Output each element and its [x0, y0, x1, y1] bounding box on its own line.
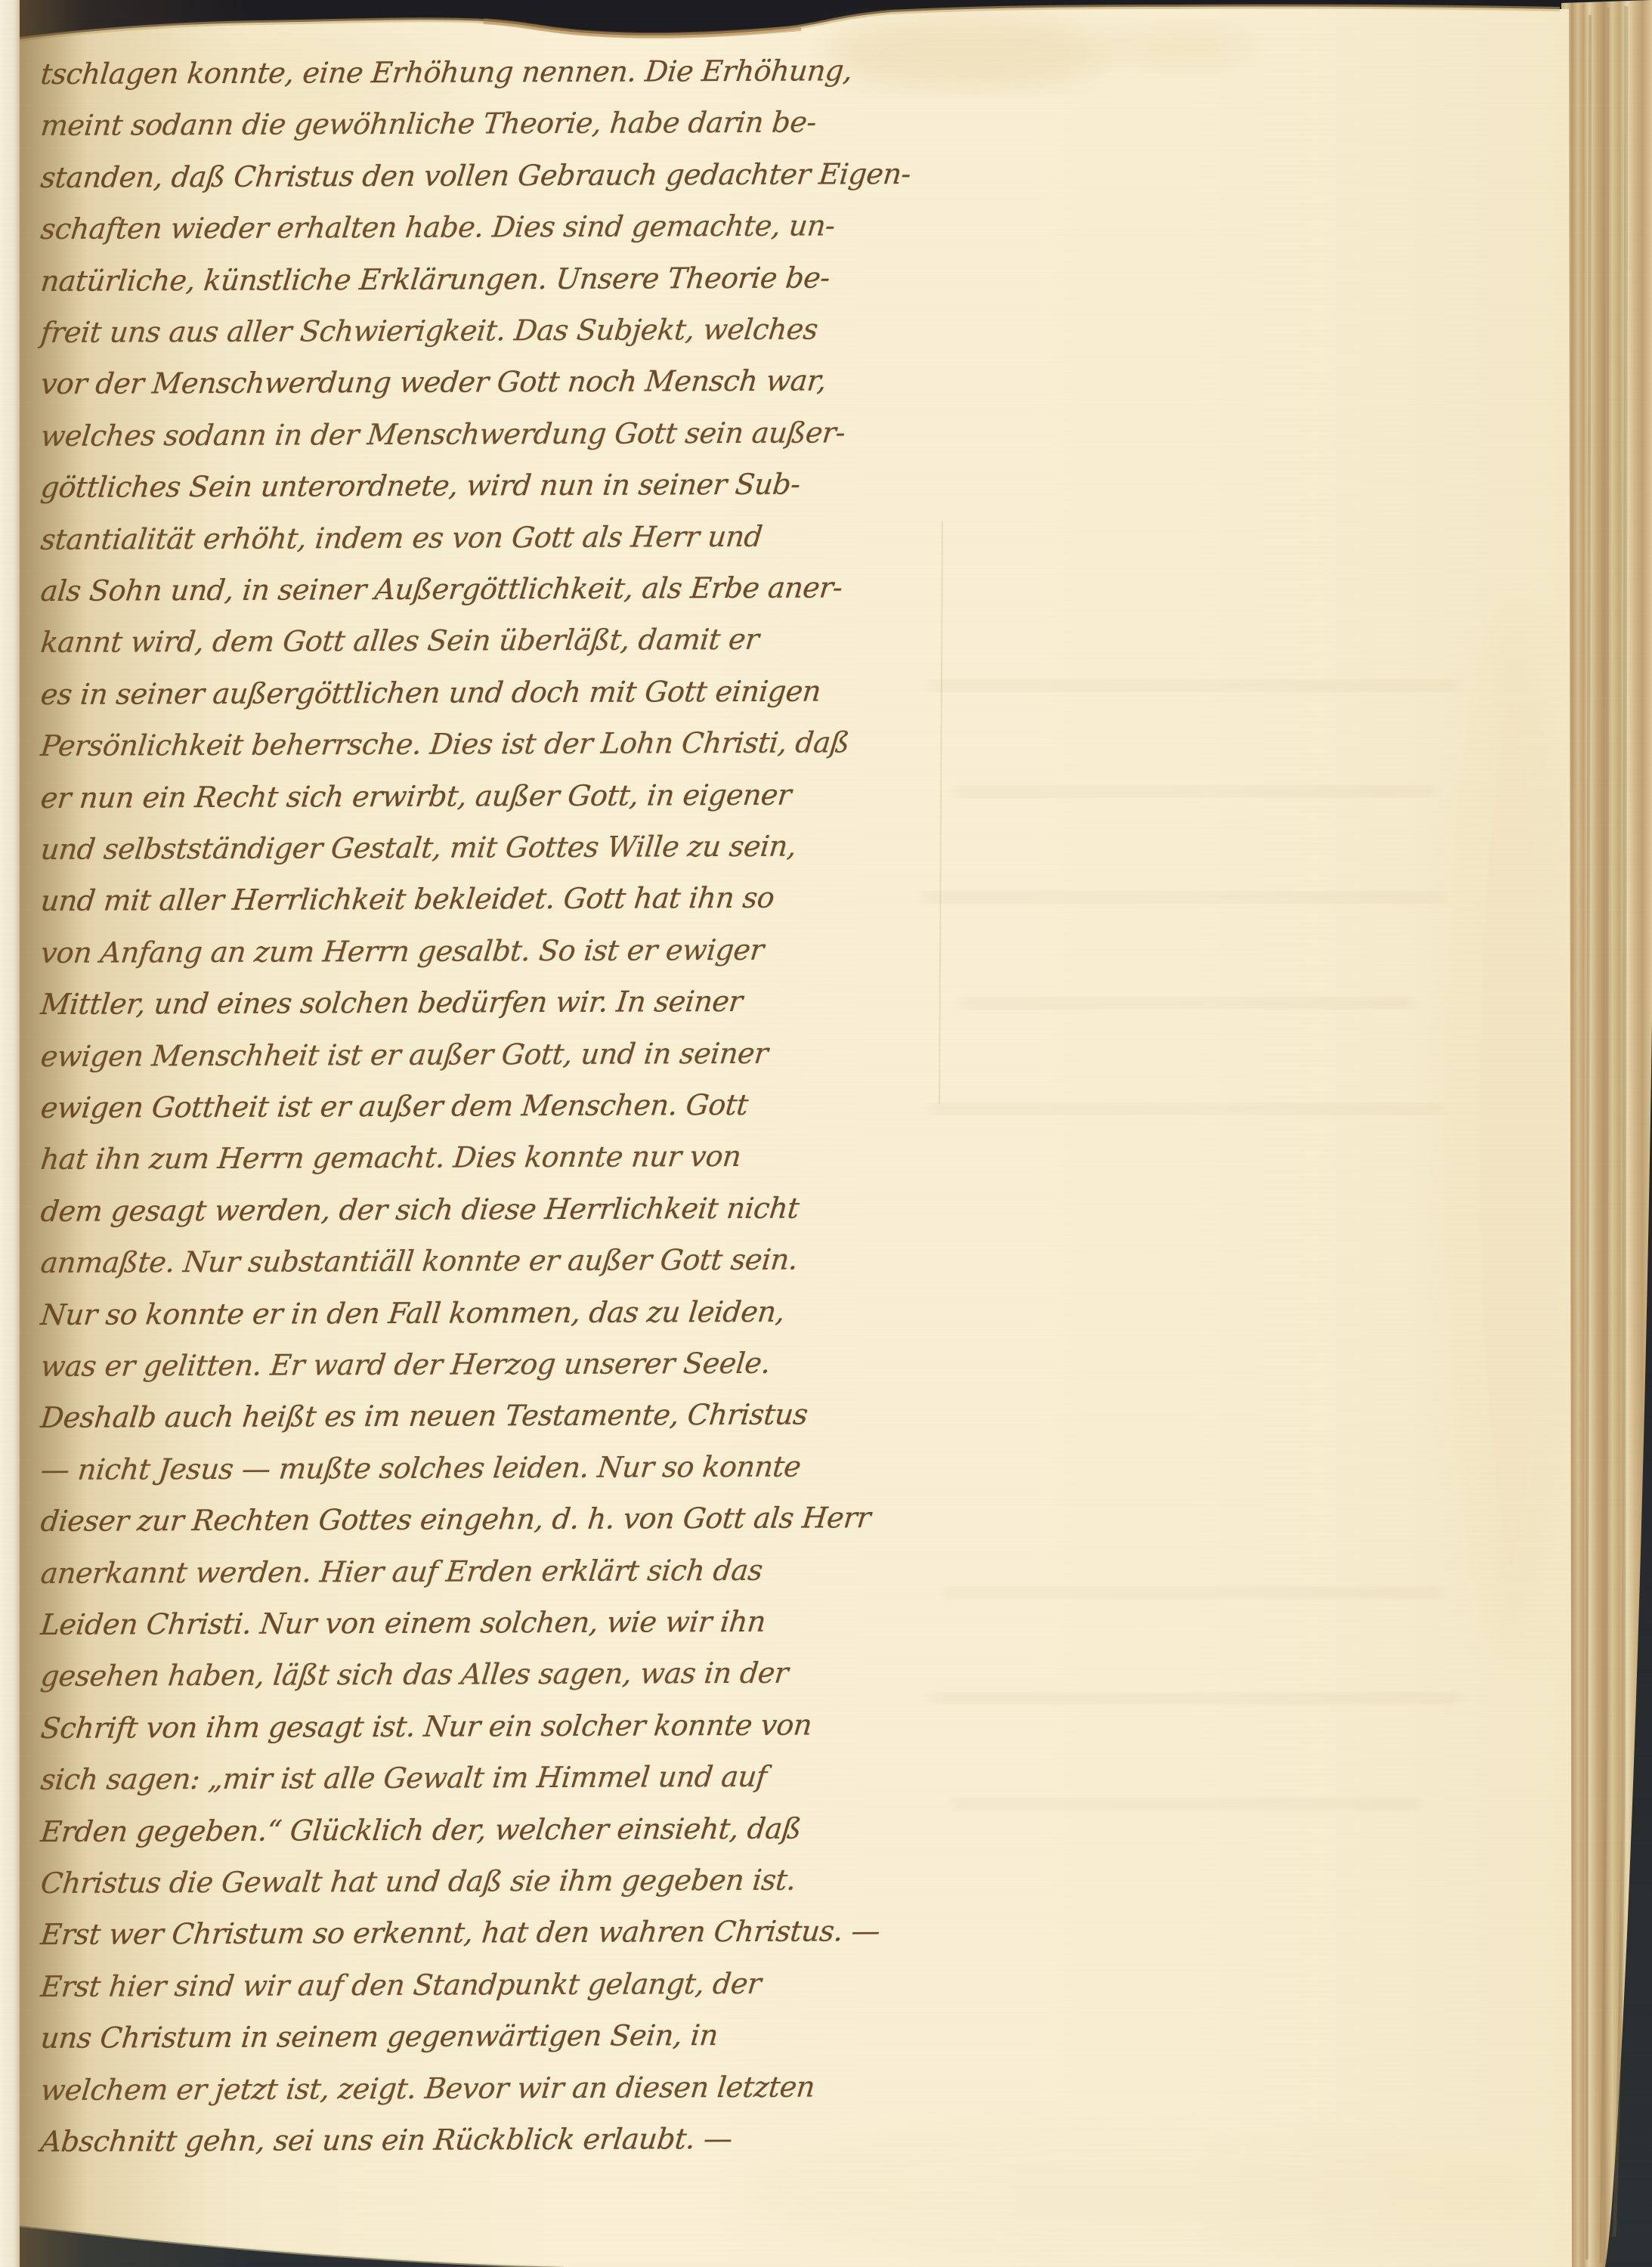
- manuscript-line: dieser zur Rechten Gottes eingehn, d. h.…: [39, 1501, 872, 1538]
- manuscript-line: ewigen Menschheit ist er außer Gott, und…: [39, 1036, 769, 1072]
- manuscript-line: kannt wird, dem Gott alles Sein überläßt…: [39, 623, 760, 659]
- manuscript-line: und selbstständiger Gestalt, mit Gottes …: [39, 830, 798, 866]
- manuscript-line: es in seiner außergöttlichen und doch mi…: [39, 674, 822, 711]
- manuscript-line: Deshalb auch heißt es im neuen Testament…: [39, 1398, 809, 1434]
- manuscript-line: Erst hier sind wir auf den Standpunkt ge…: [39, 1967, 763, 2003]
- manuscript-line: welches sodann in der Menschwerdung Gott…: [39, 416, 847, 453]
- manuscript-line: stantialität erhöht, indem es von Gott a…: [39, 519, 764, 555]
- manuscript-line: Abschnitt gehn, sei uns ein Rückblick er…: [39, 2122, 734, 2158]
- manuscript-line: uns Christum in seinem gegenwärtigen Sei…: [39, 2018, 719, 2055]
- manuscript-line: Persönlichkeit beherrsche. Dies ist der …: [39, 726, 851, 763]
- manuscript-line: Christus die Gewalt hat und daß sie ihm …: [39, 1863, 797, 1900]
- manuscript-line: er nun ein Recht sich erwirbt, außer Got…: [39, 778, 793, 814]
- manuscript-line: dem gesagt werden, der sich diese Herrli…: [39, 1191, 800, 1227]
- manuscript-line: und mit aller Herrlichkeit bekleidet. Go…: [39, 881, 776, 917]
- manuscript-line: Erst wer Christum so erkennt, hat den wa…: [39, 1915, 882, 1952]
- manuscript-line: tschlagen konnte, eine Erhöhung nennen. …: [39, 54, 854, 91]
- handwritten-text-block: tschlagen konnte, eine Erhöhung nennen. …: [0, 0, 1652, 2267]
- manuscript-line: ewigen Gottheit ist er außer dem Mensche…: [39, 1088, 750, 1124]
- manuscript-line: Leiden Christi. Nur von einem solchen, w…: [39, 1605, 767, 1641]
- manuscript-line: schaften wieder erhalten habe. Dies sind…: [39, 209, 837, 246]
- manuscript-line: welchem er jetzt ist, zeigt. Bevor wir a…: [39, 2070, 816, 2106]
- manuscript-line: Erden gegeben.“ Glücklich der, welcher e…: [39, 1811, 803, 1848]
- manuscript-line: freit uns aus aller Schwierigkeit. Das S…: [39, 313, 819, 349]
- manuscript-line: als Sohn und, in seiner Außergöttlichkei…: [39, 571, 844, 608]
- manuscript-line: anmaßte. Nur substantiäll konnte er auße…: [39, 1243, 800, 1279]
- manuscript-line: anerkannt werden. Hier auf Erden erklärt…: [39, 1553, 764, 1589]
- scanned-manuscript-page: tschlagen konnte, eine Erhöhung nennen. …: [0, 0, 1652, 2267]
- manuscript-line: gesehen haben, läßt sich das Alles sagen…: [39, 1656, 790, 1693]
- manuscript-line: hat ihn zum Herrn gemacht. Dies konnte n…: [39, 1140, 743, 1176]
- manuscript-line: Mittler, und eines solchen bedürfen wir.…: [39, 985, 744, 1021]
- manuscript-line: was er gelitten. Er ward der Herzog unse…: [39, 1347, 772, 1383]
- manuscript-line: meint sodann die gewöhnliche Theorie, ha…: [39, 106, 818, 142]
- manuscript-line: von Anfang an zum Herrn gesalbt. So ist …: [39, 933, 766, 970]
- manuscript-line: sich sagen: „mir ist alle Gewalt im Himm…: [39, 1760, 769, 1796]
- manuscript-line: — nicht Jesus — mußte solches leiden. Nu…: [39, 1449, 803, 1486]
- manuscript-line: natürliche, künstliche Erklärungen. Unse…: [39, 261, 831, 298]
- manuscript-line: Nur so konnte er in den Fall kommen, das…: [39, 1294, 787, 1331]
- manuscript-line: standen, daß Christus den vollen Gebrauc…: [39, 157, 912, 194]
- manuscript-line: göttliches Sein unterordnete, wird nun i…: [39, 468, 802, 504]
- manuscript-line: vor der Menschwerdung weder Gott noch Me…: [39, 364, 828, 401]
- manuscript-line: Schrift von ihm gesagt ist. Nur ein solc…: [39, 1708, 813, 1744]
